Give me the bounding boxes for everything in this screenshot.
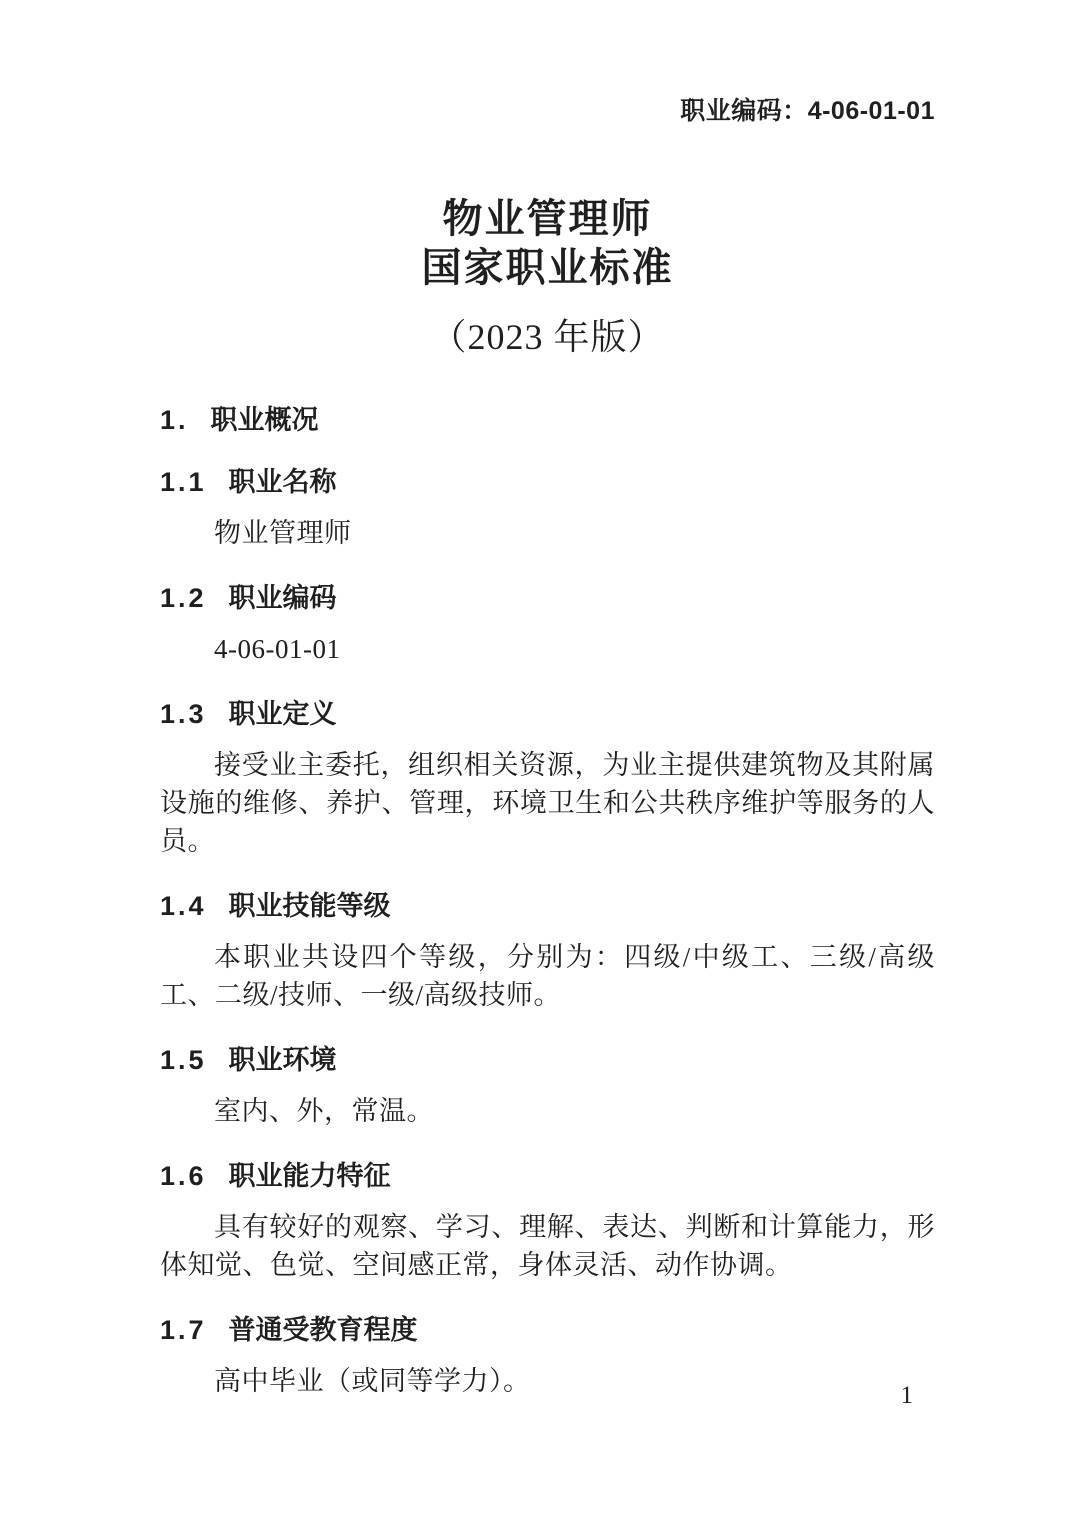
page-number: 1 — [901, 1381, 914, 1411]
section-1-1-label: 职业名称 — [229, 467, 337, 497]
section-1-heading: 1.职业概况 — [160, 404, 935, 436]
section-1-1-body: 物业管理师 — [160, 514, 935, 552]
section-1-number: 1. — [160, 404, 189, 436]
section-1-5-label: 职业环境 — [229, 1045, 337, 1075]
section-1-1-number: 1.1 — [160, 466, 207, 498]
document-title-line-2: 国家职业标准 — [160, 244, 935, 293]
section-1-6-label: 职业能力特征 — [229, 1161, 391, 1191]
section-1-2-number: 1.2 — [160, 582, 207, 614]
section-1-2-heading: 1.2职业编码 — [160, 582, 935, 614]
document-title-block: 物业管理师 国家职业标准 （2023 年版） — [160, 195, 935, 359]
document-edition: （2023 年版） — [160, 315, 935, 359]
section-1-5-number: 1.5 — [160, 1044, 207, 1076]
section-1-label: 职业概况 — [211, 405, 319, 435]
section-1-3-label: 职业定义 — [229, 699, 337, 729]
occupation-code-header: 职业编码：4-06-01-01 — [160, 97, 935, 125]
section-1-4-body: 本职业共设四个等级，分别为：四级/中级工、三级/高级工、二级/技师、一级/高级技… — [160, 938, 935, 1014]
section-1-7-number: 1.7 — [160, 1314, 207, 1346]
section-1-6-heading: 1.6职业能力特征 — [160, 1160, 935, 1192]
section-1-6-number: 1.6 — [160, 1160, 207, 1192]
section-1-7-label: 普通受教育程度 — [229, 1315, 418, 1345]
section-1-7-heading: 1.7普通受教育程度 — [160, 1314, 935, 1346]
document-page: 职业编码：4-06-01-01 物业管理师 国家职业标准 （2023 年版） 1… — [0, 0, 1080, 1514]
section-1-6-body: 具有较好的观察、学习、理解、表达、判断和计算能力，形体知觉、色觉、空间感正常，身… — [160, 1208, 935, 1284]
section-1-4-label: 职业技能等级 — [229, 891, 391, 921]
section-1-5-heading: 1.5职业环境 — [160, 1044, 935, 1076]
section-1-2-label: 职业编码 — [229, 583, 337, 613]
document-title-line-1: 物业管理师 — [160, 195, 935, 244]
section-1-4-heading: 1.4职业技能等级 — [160, 890, 935, 922]
section-1-4-number: 1.4 — [160, 890, 207, 922]
section-1-1-heading: 1.1职业名称 — [160, 466, 935, 498]
section-1-3-heading: 1.3职业定义 — [160, 698, 935, 730]
section-1-2-body: 4-06-01-01 — [160, 630, 935, 668]
section-1-3-number: 1.3 — [160, 698, 207, 730]
section-1-7-body: 高中毕业（或同等学力）。 — [160, 1362, 935, 1400]
section-1-3-body: 接受业主委托，组织相关资源，为业主提供建筑物及其附属设施的维修、养护、管理，环境… — [160, 746, 935, 860]
document-content: 职业编码：4-06-01-01 物业管理师 国家职业标准 （2023 年版） 1… — [160, 97, 935, 1400]
section-1-5-body: 室内、外，常温。 — [160, 1092, 935, 1130]
